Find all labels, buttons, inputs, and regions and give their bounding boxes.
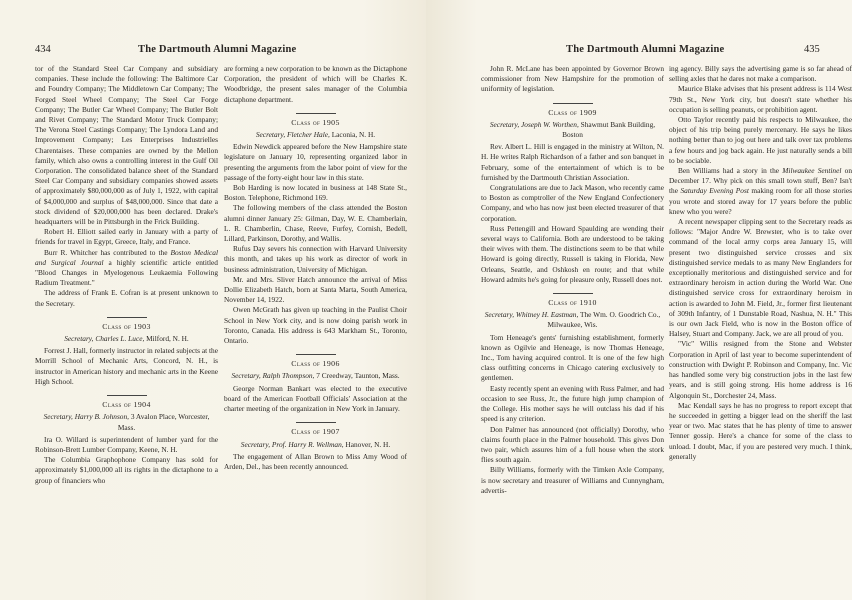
section-divider xyxy=(296,354,336,355)
paragraph: George Norman Bankart was elected to the… xyxy=(224,384,407,415)
class-secretary: Secretary, Fletcher Hale, Laconia, N. H. xyxy=(224,130,407,140)
right-page-column-1: John R. McLane has been appointed by Gov… xyxy=(481,64,664,496)
class-heading-1904: Class of 1904 xyxy=(35,400,218,410)
class-secretary: Secretary, Joseph W. Worthen, Shawmut Ba… xyxy=(481,120,664,140)
right-page: The Dartmouth Alumni Magazine 435 John R… xyxy=(426,0,852,600)
section-divider xyxy=(107,395,147,396)
paragraph: The address of Frank E. Cofran is at pre… xyxy=(35,288,218,308)
paragraph: Mr. and Mrs. Sliver Hatch announce the a… xyxy=(224,275,407,306)
section-divider xyxy=(296,422,336,423)
class-heading-1903: Class of 1903 xyxy=(35,322,218,332)
paragraph: A recent newspaper clipping sent to the … xyxy=(669,217,852,339)
running-head: The Dartmouth Alumni Magazine xyxy=(566,44,724,55)
paragraph: Billy Williams, formerly with the Timken… xyxy=(481,465,664,496)
class-heading-1906: Class of 1906 xyxy=(224,359,407,369)
class-secretary: Secretary, Ralph Thompson, 7 Creedway, T… xyxy=(224,371,407,381)
section-divider xyxy=(553,103,593,104)
paragraph: The following members of the class atten… xyxy=(224,203,407,244)
paragraph: Maurice Blake advises that his present a… xyxy=(669,84,852,115)
section-divider xyxy=(553,293,593,294)
paragraph: Ben Williams had a story in the Milwauke… xyxy=(669,166,852,217)
paragraph: tor of the Standard Steel Car Company an… xyxy=(35,64,218,227)
left-page-column-1: tor of the Standard Steel Car Company an… xyxy=(35,64,218,486)
paragraph: Russ Pettengill and Howard Spaulding are… xyxy=(481,224,664,285)
paragraph: Don Palmer has announced (not officially… xyxy=(481,425,664,466)
class-secretary: Secretary, Charles L. Luce, Milford, N. … xyxy=(35,334,218,344)
right-page-column-2: ing agency. Billy says the advertising g… xyxy=(669,64,852,462)
paragraph: John R. McLane has been appointed by Gov… xyxy=(481,64,664,95)
class-heading-1909: Class of 1909 xyxy=(481,108,664,118)
page-number: 435 xyxy=(804,44,820,55)
paragraph: Robert H. Elliott sailed early in Januar… xyxy=(35,227,218,247)
paragraph: Rufus Day severs his connection with Har… xyxy=(224,244,407,275)
left-page-column-2: are forming a new corporation to be know… xyxy=(224,64,407,472)
paragraph: Otto Taylor recently paid his respects t… xyxy=(669,115,852,166)
class-heading-1905: Class of 1905 xyxy=(224,118,407,128)
paragraph: Burr R. Whitcher has contributed to the … xyxy=(35,248,218,289)
paragraph: "Vic" Willis resigned from the Stone and… xyxy=(669,339,852,400)
magazine-title: Saturday Evening Post xyxy=(680,186,748,195)
paragraph: The Columbia Graphophone Company has sol… xyxy=(35,455,218,486)
section-divider xyxy=(296,113,336,114)
class-secretary: Secretary, Prof. Harry R. Wellman, Hanov… xyxy=(224,440,407,450)
paragraph: Forrest J. Hall, formerly instructor in … xyxy=(35,346,218,387)
newspaper-title: Milwaukee Sentinel xyxy=(782,166,841,175)
paragraph: Congratulations are due to Jack Mason, w… xyxy=(481,183,664,224)
running-head: The Dartmouth Alumni Magazine xyxy=(138,44,296,55)
class-secretary: Secretary, Harry B. Johnson, 3 Avalon Pl… xyxy=(35,412,218,432)
paragraph: Bob Harding is now located in business a… xyxy=(224,183,407,203)
paragraph: Owen McGrath has given up teaching in th… xyxy=(224,305,407,346)
paragraph: Tom Heneage's gents' furnishing establis… xyxy=(481,333,664,384)
magazine-spread: 434 The Dartmouth Alumni Magazine tor of… xyxy=(0,0,852,600)
class-secretary: Secretary, Whitney H. Eastman, The Wm. O… xyxy=(481,310,664,330)
paragraph: Ira O. Willard is superintendent of lumb… xyxy=(35,435,218,455)
paragraph: Mac Kendall says he has no progress to r… xyxy=(669,401,852,462)
paragraph: ing agency. Billy says the advertising g… xyxy=(669,64,852,84)
page-number: 434 xyxy=(35,44,51,55)
section-divider xyxy=(107,317,147,318)
class-heading-1910: Class of 1910 xyxy=(481,298,664,308)
left-page: 434 The Dartmouth Alumni Magazine tor of… xyxy=(0,0,426,600)
paragraph: Easty recently spent an evening with Rus… xyxy=(481,384,664,425)
paragraph: The engagement of Allan Brown to Miss Am… xyxy=(224,452,407,472)
paragraph: are forming a new corporation to be know… xyxy=(224,64,407,105)
paragraph: Rev. Albert L. Hill is engaged in the mi… xyxy=(481,142,664,183)
paragraph: Edwin Newdick appeared before the New Ha… xyxy=(224,142,407,183)
class-heading-1907: Class of 1907 xyxy=(224,427,407,437)
